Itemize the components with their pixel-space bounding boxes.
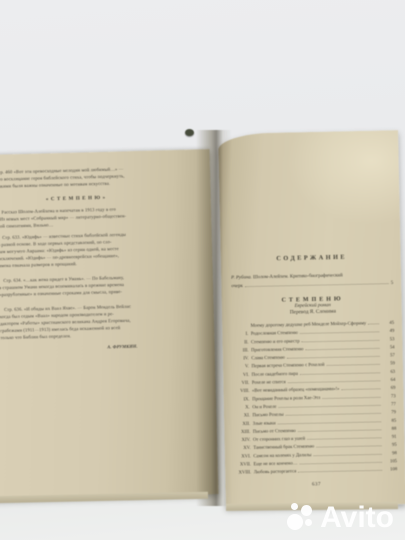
toc-list: Моему дорогому дедушке реб Менделе Мойхе… xyxy=(232,320,397,478)
notes-paragraph: Рассказ Шолом-Алейхема и напечатан в 191… xyxy=(0,204,157,229)
toc-entry-number: X. xyxy=(234,405,253,410)
toc-entry-title: «Вот невиданный образец «помещанами»!» xyxy=(252,387,340,394)
dot-leader xyxy=(368,320,379,324)
toc-title: СОДЕРЖАНИЕ xyxy=(231,252,393,263)
dot-leader xyxy=(278,418,382,424)
toc-entry-title: Приготовления Стемпеню xyxy=(251,347,303,353)
dot-leader xyxy=(326,361,380,366)
toc-entry-page: 88 xyxy=(383,426,396,431)
notes-paragraph: Стр. 633. «Юдифь» — известные стихи библ… xyxy=(0,230,158,269)
toc-entry-page: 105 xyxy=(384,459,397,464)
dot-leader xyxy=(316,442,381,447)
page-number: 637 xyxy=(235,480,397,489)
toc-entry-title: Слава Стемпеню xyxy=(251,355,285,361)
bookmark-thread xyxy=(185,129,194,136)
toc-intro-page: 5 xyxy=(391,278,394,287)
toc-entry-number: XIV. xyxy=(234,437,253,442)
dot-leader xyxy=(313,450,381,455)
toc-entry-title: Рохеле не спится xyxy=(252,380,286,386)
left-page: стр. 460 «Вот эти превосходные мелодии м… xyxy=(0,149,218,500)
toc-entry-page: 69 xyxy=(382,385,395,390)
table-of-contents: СОДЕРЖАНИЕ Р. Рубина. Шолом-Алейхем. Кри… xyxy=(231,252,398,488)
toc-entry-page: 59 xyxy=(382,361,395,366)
toc-entry-title: Моему дорогому дедушке реб Менделе Мойхе… xyxy=(251,321,367,328)
toc-entry-page: 77 xyxy=(383,402,396,407)
toc-entry-number: XII. xyxy=(234,421,253,426)
toc-entry-title: Родословная Стемпеню xyxy=(251,330,298,336)
dot-leader xyxy=(298,426,382,432)
dot-leader xyxy=(286,410,381,416)
toc-entry-title: Еще не все кончено… xyxy=(253,461,297,467)
toc-entry-number: VII. xyxy=(233,380,252,385)
toc-entry-title: Таинственный брак Стемпеню xyxy=(253,444,314,450)
book-photo: стр. 460 «Вот эти превосходные мелодии м… xyxy=(0,0,405,540)
toc-entry-number: XI. xyxy=(234,413,253,418)
avito-logo-icon xyxy=(287,500,315,533)
avito-wordmark: Avito xyxy=(320,503,394,533)
toc-entry-page: 108 xyxy=(384,467,397,472)
right-page: СОДЕРЖАНИЕ Р. Рубина. Шолом-Алейхем. Кри… xyxy=(218,130,405,508)
notes-paragraph: Стр. 634. «…как жена придет в Умань». — … xyxy=(0,273,159,298)
toc-entry-number: XVII. xyxy=(235,462,254,467)
toc-intro-author: Р. Рубина. xyxy=(231,274,252,280)
toc-entry-number: XVIII. xyxy=(235,470,254,475)
toc-intro-word: очерк xyxy=(231,281,243,290)
left-page-text: стр. 460 «Вот эти превосходные мелодии м… xyxy=(0,165,161,354)
toc-entry-page: 63 xyxy=(382,369,395,374)
toc-entry-page: 53 xyxy=(381,337,394,342)
toc-entry-page: 73 xyxy=(383,394,396,399)
dot-leader xyxy=(299,459,382,465)
book-gutter xyxy=(196,130,232,506)
toc-entry-page: 85 xyxy=(383,418,396,423)
notes-paragraph: стр. 460 «Вот эти превосходные мелодии м… xyxy=(0,165,156,190)
toc-entry-number: VI. xyxy=(233,372,252,377)
toc-section-heading: СТЕМПЕНЮ Еврейский роман Перевод Я. Слон… xyxy=(232,294,394,317)
toc-entry-number: XV. xyxy=(235,445,254,450)
toc-entry-page: 49 xyxy=(381,328,394,333)
toc-entry-title: Прощание Рохелы в роли Хае-Этл xyxy=(252,395,320,401)
toc-entry-page: 57 xyxy=(382,353,395,358)
toc-entry-page: 64 xyxy=(382,377,395,382)
toc-entry-title: Злые языки xyxy=(253,421,276,426)
toc-entry-title: От сторонних глаз и ушей xyxy=(253,436,305,442)
dot-leader xyxy=(288,377,381,383)
avito-watermark: Avito xyxy=(287,500,394,533)
toc-intro-rest: Шолом-Алейхем. Критико-биографический xyxy=(252,272,343,279)
toc-entry-page: 45 xyxy=(381,320,394,325)
toc-entry-number: I. xyxy=(232,331,251,336)
dot-leader xyxy=(305,345,379,351)
dot-leader xyxy=(307,434,381,440)
dot-leader xyxy=(300,328,379,334)
toc-entry-title: Письмо от Стемпеню xyxy=(253,428,296,434)
dot-leader xyxy=(278,402,380,408)
notes-paragraph: Стр. 636. «И обиды их Ваал Яхве». — Баро… xyxy=(0,302,160,341)
dot-leader xyxy=(298,467,382,473)
dot-leader xyxy=(287,353,380,359)
toc-entry-number: XVI. xyxy=(235,454,254,459)
toc-entry-number: VIII. xyxy=(233,388,252,393)
dot-leader xyxy=(341,385,380,390)
toc-entry-title: Первая встреча Стемпеню с Рохелой xyxy=(251,362,324,369)
toc-entry-title: Стемпеню и его оркестр xyxy=(251,339,300,345)
toc-entry-page: 98 xyxy=(384,451,397,456)
toc-entry-title: После свадебного пира xyxy=(252,371,298,377)
toc-entry-number: IX. xyxy=(234,397,253,402)
dot-leader xyxy=(322,393,380,398)
toc-entry-title: Он и Рохеле xyxy=(252,404,276,410)
toc-entry-page: 54 xyxy=(382,345,395,350)
toc-intro-entry: Р. Рубина. Шолом-Алейхем. Критико-биогра… xyxy=(231,270,393,290)
toc-entry-number: III. xyxy=(233,348,252,353)
toc-entry-number: XIII. xyxy=(234,429,253,434)
toc-entry-title: Самсон на коленях у Далилы xyxy=(253,452,311,458)
toc-entry-page: 79 xyxy=(383,410,396,415)
dot-leader xyxy=(300,369,380,375)
toc-entry-title: Письмо Рохелы xyxy=(252,412,283,418)
toc-entry-number: V. xyxy=(233,364,252,369)
toc-entry-number: IV. xyxy=(233,356,252,361)
notes-author-signature: А. ФРУМКИН. xyxy=(1,343,138,354)
toc-entry-page: 91 xyxy=(383,434,396,439)
toc-entry-page: 95 xyxy=(384,442,397,447)
toc-entry-title: Любовь расторгается xyxy=(254,469,297,475)
notes-section-heading: «СТЕМПЕНЮ» xyxy=(0,193,157,204)
open-book: стр. 460 «Вот эти превосходные мелодии м… xyxy=(0,0,405,540)
toc-entry-number: II. xyxy=(232,340,251,345)
dot-leader xyxy=(301,336,379,342)
